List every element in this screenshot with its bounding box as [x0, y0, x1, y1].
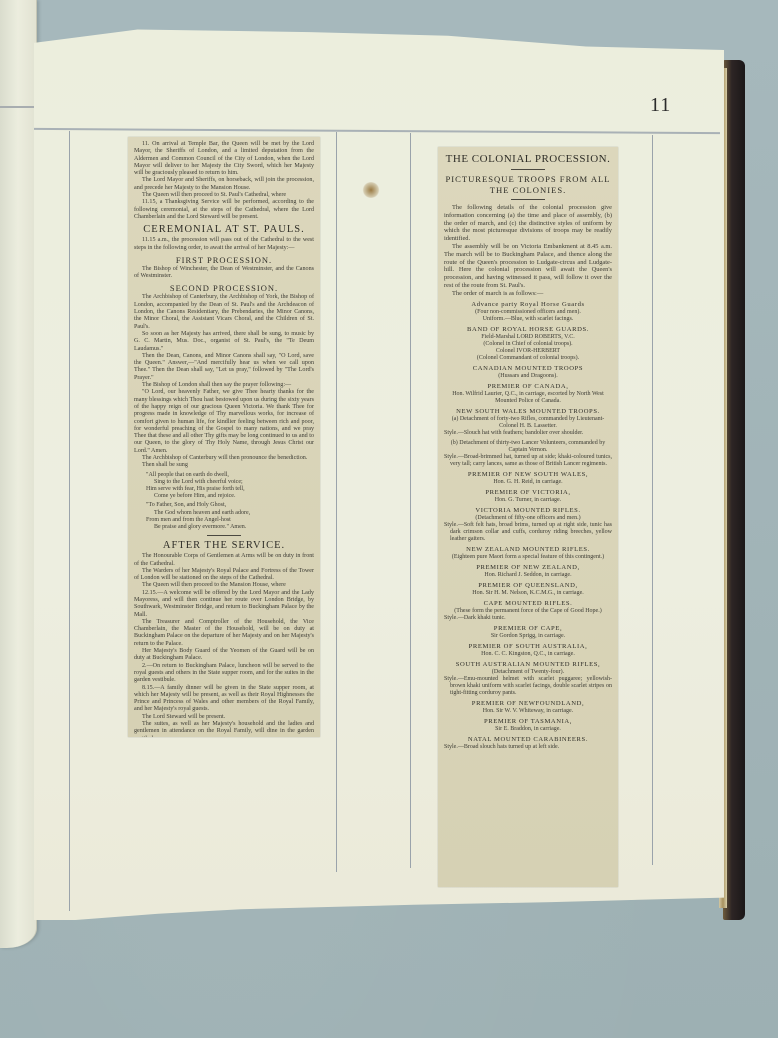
march-entry: PREMIER OF TASMANIA,Sir E. Braddon, in c… [444, 718, 612, 733]
entry-line: Sir Gordon Sprigg, in carriage. [444, 633, 612, 640]
entry-line: Hon. C. C. Kingston, Q.C., in carriage. [444, 651, 612, 658]
entry-caption: VICTORIA MOUNTED RIFLES. [444, 507, 612, 515]
entry-line: Field-Marshal LORD ROBERTS, V.C. [444, 334, 612, 341]
paragraph: 8.15.—A family dinner will be given in t… [134, 685, 314, 714]
first-procession-text: The Bishop of Winchester, the Dean of We… [134, 266, 314, 281]
paragraph: The order of march is as follows:— [444, 290, 612, 298]
verse-line: Sing to the Lord with cheerful voice; [146, 479, 314, 486]
entry-line: Uniform.—Blue, with scarlet facings. [444, 316, 612, 323]
clipping-intro: 11. On arrival at Temple Bar, the Queen … [134, 141, 314, 221]
clipping-body: The following details of the colonial pr… [444, 204, 612, 298]
paragraph: Then shall be sung [134, 462, 314, 469]
paragraph: "O Lord, our heavenly Father, we give Th… [134, 389, 314, 455]
column-rule [410, 133, 411, 868]
entry-style: Style.—Slouch hat with feathers; bandoli… [444, 430, 612, 437]
march-entry: PREMIER OF QUEENSLAND,Hon. Sir H. M. Nel… [444, 582, 612, 597]
paragraph: The following details of the colonial pr… [444, 204, 612, 243]
march-entry: NEW ZEALAND MOUNTED RIFLES.(Eighteen pur… [444, 546, 612, 561]
verse-line: "To Father, Son, and Holy Ghost, [146, 502, 314, 509]
entry-caption: CAPE MOUNTED RIFLES. [444, 600, 612, 608]
entry-line: (Eighteen pure Maori form a special feat… [444, 554, 612, 561]
entry-line: Hon. Sir H. M. Nelson, K.C.M.G., in carr… [444, 590, 612, 597]
paragraph: 12.15.—A welcome will be offered by the … [134, 590, 314, 619]
column-rule [336, 132, 337, 872]
clipping-subtitle: PICTURESQUE TROOPS FROM ALL [444, 174, 612, 185]
divider-rule [511, 169, 545, 170]
entry-caption: PREMIER OF NEW ZEALAND, [444, 564, 612, 572]
march-entry: PREMIER OF NEW ZEALAND,Hon. Richard J. S… [444, 564, 612, 579]
entry-style: Style.—Soft felt hats, broad brims, turn… [444, 522, 612, 543]
paragraph: The Archbishop of Canterbury, the Archbi… [134, 294, 314, 330]
entry-caption: PREMIER OF CAPE, [444, 625, 612, 633]
march-entry: SOUTH AUSTRALIAN MOUNTED RIFLES,(Detachm… [444, 661, 612, 697]
heading-second-procession: SECOND PROCESSION. [134, 283, 314, 293]
march-entry: BAND OF ROYAL HORSE GUARDS.Field-Marshal… [444, 326, 612, 362]
column-rule [652, 135, 653, 865]
paragraph: 11.15, a Thanksgiving Service will be pe… [134, 199, 314, 221]
march-entry: PREMIER OF CAPE,Sir Gordon Sprigg, in ca… [444, 625, 612, 640]
margin-rule-left [69, 131, 70, 911]
entry-caption: NEW SOUTH WALES MOUNTED TROOPS. [444, 408, 612, 416]
march-entry: CAPE MOUNTED RIFLES.(These form the perm… [444, 600, 612, 622]
page-number: 11 [650, 94, 671, 117]
entry-caption: PREMIER OF VICTORIA, [444, 489, 612, 497]
heading-ceremonial: CEREMONIAL AT ST. PAULS. [134, 224, 314, 235]
newspaper-clipping-ceremonial: 11. On arrival at Temple Bar, the Queen … [128, 137, 320, 737]
paragraph: The Lord Mayor and Sheriffs, on horsebac… [134, 177, 314, 192]
entry-line: (Colonel Commandant of colonial troops). [444, 355, 612, 362]
hymn-verse: "To Father, Son, and Holy Ghost,The God … [146, 502, 314, 531]
march-entry: PREMIER OF SOUTH AUSTRALIA,Hon. C. C. Ki… [444, 643, 612, 658]
paragraph: The assembly will be on Victoria Embankm… [444, 243, 612, 290]
previous-page-edge [0, 0, 37, 948]
entry-line: (Detachment of fifty-one officers and me… [444, 515, 612, 522]
entry-caption: BAND OF ROYAL HORSE GUARDS. [444, 326, 612, 334]
verse-line: Come ye before Him, and rejoice. [146, 493, 314, 500]
heading-after-service: AFTER THE SERVICE. [134, 540, 314, 551]
entry-style: Style.—Emu-mounted helmet with scarlet p… [444, 676, 612, 697]
entry-line: Sir E. Braddon, in carriage. [444, 726, 612, 733]
foxing-stain [362, 182, 380, 198]
paragraph: Then the Dean, Canons, and Minor Canons … [134, 353, 314, 382]
entry-style: Style.—Broad-brimmed hat, turned up at s… [444, 454, 612, 468]
march-entry: VICTORIA MOUNTED RIFLES.(Detachment of f… [444, 507, 612, 543]
entry-caption: PREMIER OF SOUTH AUSTRALIA, [444, 643, 612, 651]
newspaper-clipping-colonial-procession: THE COLONIAL PROCESSION. PICTURESQUE TRO… [438, 147, 618, 887]
entry-line: Hon. G. H. Reid, in carriage. [444, 479, 612, 486]
march-entry: (b) Detachment of thirty-two Lancer Volu… [444, 440, 612, 468]
paragraph: The Warders of her Majesty's Royal Palac… [134, 568, 314, 583]
entry-line: (b) Detachment of thirty-two Lancer Volu… [444, 440, 612, 454]
verse-line: "All people that on earth do dwell, [146, 472, 314, 479]
entry-caption: PREMIER OF TASMANIA, [444, 718, 612, 726]
entry-line: Hon. Wilfrid Laurier, Q.C., in carriage,… [444, 391, 612, 405]
second-procession-text: The Archbishop of Canterbury, the Archbi… [134, 294, 314, 469]
march-entry: PREMIER OF NEWFOUNDLAND,Hon. Sir W. V. W… [444, 700, 612, 715]
entry-line: (Colonel in Chief of colonial troops). [444, 341, 612, 348]
entry-line: Colonel IVOR-HERBERT [444, 348, 612, 355]
entry-caption: SOUTH AUSTRALIAN MOUNTED RIFLES, [444, 661, 612, 669]
march-entry: CANADIAN MOUNTED TROOPS(Hussars and Drag… [444, 365, 612, 380]
march-entry: PREMIER OF VICTORIA,Hon. G. Turner, in c… [444, 489, 612, 504]
entry-style: Style.—Dark khaki tunic. [444, 615, 612, 622]
entry-line: (Detachment of Twenty-four). [444, 669, 612, 676]
heading-first-procession: FIRST PROCESSION. [134, 255, 314, 265]
page-rule [0, 106, 36, 108]
march-entry: PREMIER OF CANADA,Hon. Wilfrid Laurier, … [444, 383, 612, 405]
paragraph: So soon as her Majesty has arrived, ther… [134, 331, 314, 353]
ceremonial-intro: 11.15 a.m., the procession will pass out… [134, 237, 314, 252]
march-entry: NATAL MOUNTED CARABINEERS.Style.—Broad s… [444, 736, 612, 751]
march-entry: NEW SOUTH WALES MOUNTED TROOPS.(a) Detac… [444, 408, 612, 437]
hymn-verse: "All people that on earth do dwell,Sing … [146, 472, 314, 501]
entry-line: Hon. Richard J. Seddon, in carriage. [444, 572, 612, 579]
verse-line: From men and from the Angel-host [146, 517, 314, 524]
entry-line: (Four non-commissioned officers and men)… [444, 309, 612, 316]
paragraph: The Treasurer and Comptroller of the Hou… [134, 619, 314, 648]
entry-caption: PREMIER OF CANADA, [444, 383, 612, 391]
verse-line: The God whom heaven and earth adore, [146, 510, 314, 517]
entry-caption: NEW ZEALAND MOUNTED RIFLES. [444, 546, 612, 554]
divider-rule [207, 535, 241, 536]
entry-line: Hon. Sir W. V. Whiteway, in carriage. [444, 708, 612, 715]
paragraph: The Queen will then proceed to the Mansi… [134, 582, 314, 589]
entry-caption: PREMIER OF QUEENSLAND, [444, 582, 612, 590]
paragraph: The Lord Steward will be present. [134, 714, 314, 721]
paragraph: The suites, as well as her Majesty's hou… [134, 721, 314, 737]
march-entry: PREMIER OF NEW SOUTH WALES,Hon. G. H. Re… [444, 471, 612, 486]
entry-line: Hon. G. Turner, in carriage. [444, 497, 612, 504]
order-of-march-list: Advance party Royal Horse Guards(Four no… [444, 301, 612, 751]
paragraph: 11. On arrival at Temple Bar, the Queen … [134, 141, 314, 177]
entry-line: (These form the permanent force of the C… [444, 608, 612, 615]
paragraph: The Archbishop of Canterbury will then p… [134, 455, 314, 462]
entry-caption: PREMIER OF NEWFOUNDLAND, [444, 700, 612, 708]
clipping-subtitle: THE COLONIES. [444, 185, 612, 196]
paragraph: Her Majesty's Body Guard of the Yeomen o… [134, 648, 314, 663]
paragraph: The Honourable Corps of Gentlemen at Arm… [134, 553, 314, 568]
march-entry: Advance party Royal Horse Guards(Four no… [444, 301, 612, 323]
entry-caption: Advance party Royal Horse Guards [444, 301, 612, 309]
entry-line: (Hussars and Dragoons). [444, 373, 612, 380]
entry-caption: PREMIER OF NEW SOUTH WALES, [444, 471, 612, 479]
entry-line: (a) Detachment of forty-two Rifles, comm… [444, 416, 612, 430]
entry-style: Style.—Broad slouch hats turned up at le… [444, 744, 612, 751]
after-service-text: The Honourable Corps of Gentlemen at Arm… [134, 553, 314, 737]
entry-caption: NATAL MOUNTED CARABINEERS. [444, 736, 612, 744]
clipping-title: THE COLONIAL PROCESSION. [444, 153, 612, 165]
paragraph: 2.—On return to Buckingham Palace, lunch… [134, 663, 314, 685]
verse-line: Be praise and glory evermore." Amen. [146, 524, 314, 531]
entry-caption: CANADIAN MOUNTED TROOPS [444, 365, 612, 373]
divider-rule [511, 199, 545, 200]
